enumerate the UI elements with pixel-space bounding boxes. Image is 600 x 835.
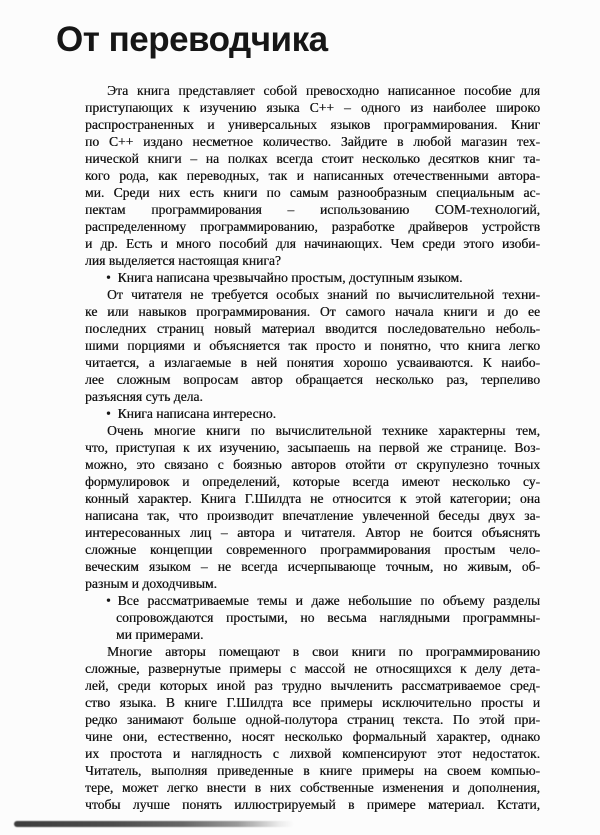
text-line: можно, это связано с боязнью авторов ото… — [85, 456, 540, 473]
text-line: их простота и наглядность с лихвой компе… — [85, 745, 540, 762]
text-line: Эта книга представляет собой превосходно… — [85, 82, 540, 99]
text-line: лей, среди которых иной раз трудно вычле… — [85, 677, 540, 694]
text-line: чине они, естественно, носят несколько ф… — [85, 728, 540, 745]
text-line: приступающих к изучению языка C++ – одно… — [85, 99, 540, 116]
text-line: распространенных и универсальных языков … — [85, 116, 540, 133]
text-line: лее сложным вопросам автор обращается не… — [85, 371, 540, 388]
text-line: ми примерами. — [85, 626, 540, 643]
text-line: редко занимают больше одной-полутора стр… — [85, 711, 540, 728]
text-block: Эта книга представляет собой превосходно… — [85, 82, 540, 813]
page-title: От переводчика — [56, 20, 328, 60]
text-line: разным и доходчивым. — [85, 575, 540, 592]
text-line: кого рода, как переводных, так и написан… — [85, 167, 540, 184]
text-line: и др. Есть и много пособий для начинающи… — [85, 235, 540, 252]
text-line: разъясняя суть дела. — [85, 388, 540, 405]
text-line: веческим языком – не всегда исчерпывающе… — [85, 558, 540, 575]
book-page: От переводчика Эта книга представляет со… — [0, 0, 600, 835]
scan-artifact-bar — [14, 821, 294, 827]
text-line: Читатель, выполняя приведенные в книге п… — [85, 762, 540, 779]
text-line: пектам программирования – использованию … — [85, 201, 540, 218]
bullet-line: • Все рассматриваемые темы и даже неболь… — [85, 592, 540, 609]
text-line: шими порциями и объясняется так просто и… — [85, 337, 540, 354]
text-line: Очень многие книги по вычислительной тех… — [85, 422, 540, 439]
text-line: сложные, развернутые примеры с массой не… — [85, 660, 540, 677]
text-line: интересованных лиц – автора и читателя. … — [85, 524, 540, 541]
text-line: От читателя не требуется особых знаний п… — [85, 286, 540, 303]
text-line: тере, может легко внести в них собственн… — [85, 779, 540, 796]
text-line: нической книги – на полках всегда стоит … — [85, 150, 540, 167]
text-line: читается, а излагаемые в ней понятия хор… — [85, 354, 540, 371]
text-line: лия выделяется настоящая книга? — [85, 252, 540, 269]
text-line: конный характер. Книга Г.Шилдта не относ… — [85, 490, 540, 507]
text-line: распределенному программированию, разраб… — [85, 218, 540, 235]
text-line: по C++ издано несметное количество. Зайд… — [85, 133, 540, 150]
text-line: ство языка. В книге Г.Шилдта все примеры… — [85, 694, 540, 711]
text-line: написана так, что производит впечатление… — [85, 507, 540, 524]
text-line: последних страниц новый материал вводитс… — [85, 320, 540, 337]
text-line: чтобы лучше понять иллюстрируемый в прим… — [85, 796, 540, 813]
text-line: сопровождаются простыми, но весьма нагля… — [85, 609, 540, 626]
text-line: ке или навыков программирования. От само… — [85, 303, 540, 320]
text-line: ми. Среди них есть книги по самым разноо… — [85, 184, 540, 201]
bullet-line: • Книга написана интересно. — [85, 405, 540, 422]
bullet-line: • Книга написана чрезвычайно простым, до… — [85, 269, 540, 286]
text-line: что, приступая к их изучению, засыпаешь … — [85, 439, 540, 456]
text-line: Многие авторы помещают в свои книги по п… — [85, 643, 540, 660]
text-line: сложные концепции современного программи… — [85, 541, 540, 558]
text-line: формулировок и определений, которые всег… — [85, 473, 540, 490]
